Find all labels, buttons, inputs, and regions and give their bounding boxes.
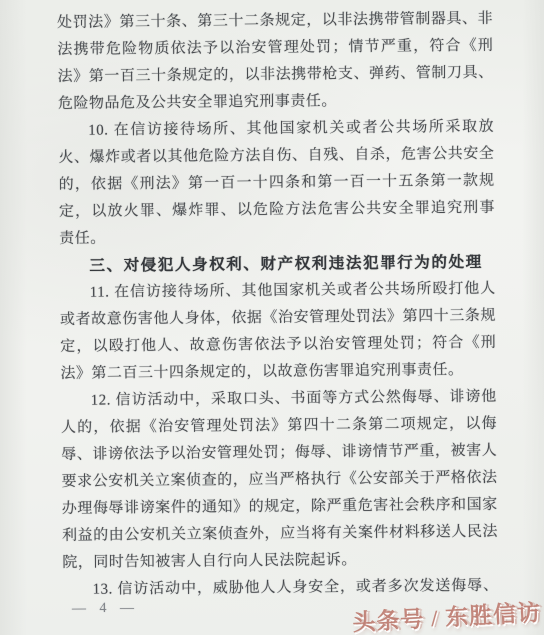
section-heading: 三、对侵犯人身权利、财产权利违法犯罪行为的处理 — [59, 249, 495, 280]
document-line: 或者故意伤害他人身体，依据《治安管理处罚法》第四十三条规 — [60, 303, 496, 334]
document-line: 院，同时告知被害人自行向人民法院起诉。 — [62, 546, 498, 577]
document-line: 要求公安机关立案侦查的，应当严格执行《公安部关于严格依法 — [61, 465, 497, 496]
scanned-document-page: 处罚法》第三十条、第三十二条规定，以非法携带管制器具、非法携带危险物质依法予以治… — [0, 0, 544, 635]
document-line: 定，以殴打他人、故意伤害依法予以治安管理处罚；符合《刑 — [60, 330, 496, 361]
document-line: 人的，依据《治安管理处罚法》第四十二条第二项规定，以侮 — [61, 411, 497, 442]
document-line: 处罚法》第三十条、第三十二条规定，以非法携带管制器具、非 — [57, 6, 493, 37]
document-line: 火、爆炸或者以其他危险方法自伤、自残、自杀，危害公共安全 — [58, 141, 494, 172]
document-line: 利益的由公安机关立案侦查外，应当将有关案件材料移送人民法 — [62, 519, 498, 550]
document-line: 危险物品危及公共安全罪追究刑事责任。 — [58, 87, 494, 118]
document-line: 10. 在信访接待场所、其他国家机关或者公共场所采取放 — [58, 114, 494, 145]
document-line: 法携带危险物质依法予以治安管理处罚；情节严重，符合《刑 — [57, 33, 493, 64]
document-line: 办理侮辱诽谤案件的通知》的规定，除严重危害社会秩序和国家 — [62, 492, 498, 523]
document-line: 法》第二百三十四条规定的，以故意伤害罪追究刑事责任。 — [60, 357, 496, 388]
document-line: 法》第一百三十条规定的，以非法携带枪支、弹药、管制刀具、 — [58, 60, 494, 91]
document-line: 12. 信访活动中，采取口头、书面等方式公然侮辱、诽谤他 — [61, 384, 497, 415]
document-body: 处罚法》第三十条、第三十二条规定，以非法携带管制器具、非法携带危险物质依法予以治… — [57, 6, 499, 604]
page-number: — 4 — — [72, 601, 139, 618]
document-line: 责任。 — [59, 222, 495, 253]
document-line: 定，以放火罪、爆炸罪、以危险方法危害公共安全罪追究刑事 — [59, 195, 495, 226]
document-line: 的，依据《刑法》第一百一十四条和第一百一十五条第一款规 — [59, 168, 495, 199]
document-line: 辱、诽谤依法予以治安管理处罚；侮辱、诽谤情节严重，被害人 — [61, 438, 497, 469]
document-line: 11. 在信访接待场所、其他国家机关或者公共场所殴打他人 — [60, 276, 496, 307]
